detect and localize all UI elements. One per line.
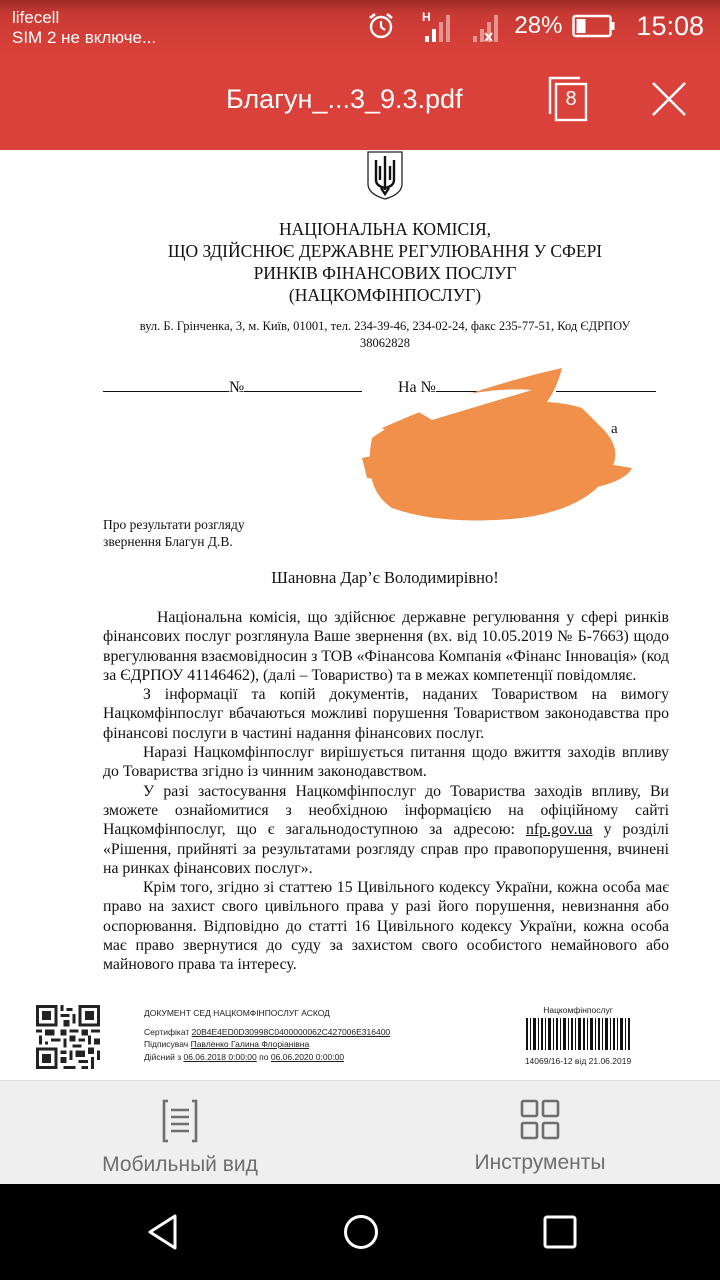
barcode-title: Нацкомфінпослуг (508, 1005, 648, 1015)
letter-body: Національна комісія, що здійснює державн… (103, 608, 669, 975)
carrier-name: lifecell (12, 8, 156, 28)
qr-code-icon (36, 1005, 100, 1069)
mobile-view-icon (161, 1099, 199, 1143)
app-bar: Благун_...3_9.3.pdf 8 (0, 54, 720, 150)
valid-to-label: по (259, 1052, 268, 1062)
certificate-value: 20B4E4ED0D30998C0400000062C427006E316400 (192, 1027, 391, 1037)
back-button[interactable] (144, 1212, 184, 1252)
signer-value: Павленко Галина Флоріанівна (191, 1039, 310, 1049)
organization-name: НАЦІОНАЛЬНА КОМІСІЯ, ЩО ЗДІЙСНЮЄ ДЕРЖАВН… (0, 218, 720, 306)
battery-icon (572, 14, 616, 38)
navigation-bar (0, 1184, 720, 1280)
recents-square-icon (540, 1212, 580, 1252)
nfp-website-link[interactable]: nfp.gov.ua (526, 821, 593, 838)
status-icons: H 28% 15:08 (366, 8, 704, 44)
signer-label: Підписувач (144, 1039, 188, 1049)
number-label: № (229, 379, 244, 396)
barcode-icon (526, 1018, 630, 1050)
tools-grid-icon (520, 1099, 560, 1141)
page-count: 8 (556, 88, 586, 111)
paragraph: У разі застосування Нацкомфінпослуг до Т… (103, 782, 669, 878)
home-circle-icon (341, 1212, 381, 1252)
mobile-view-label: Мобильный вид (102, 1153, 258, 1176)
carrier-info: lifecell SIM 2 не включе... (12, 8, 156, 48)
edrpou-code: 38062828 (0, 335, 720, 352)
registration-number: 14069/16-12 від 21.06.2019 (508, 1056, 648, 1066)
redaction-scribble (352, 368, 642, 528)
valid-from: 06.06.2018 0:00:00 (183, 1052, 256, 1062)
org-line: РИНКІВ ФІНАНСОВИХ ПОСЛУГ (0, 262, 720, 284)
signal-no-service-icon (470, 9, 504, 43)
paragraph: Наразі Нацкомфінпослуг вирішується питан… (103, 743, 669, 782)
top-header: lifecell SIM 2 не включе... H (0, 0, 720, 150)
outgoing-number-field: № (103, 376, 362, 397)
bottom-toolbar: Мобильный вид Инструменты (0, 1080, 720, 1184)
back-triangle-icon (144, 1212, 184, 1252)
status-bar: lifecell SIM 2 не включе... H (0, 0, 720, 54)
mobile-view-button[interactable]: Мобильный вид (80, 1081, 280, 1185)
signal-icon: H (422, 9, 460, 43)
alarm-icon (366, 11, 396, 41)
signature-info: ДОКУМЕНТ СЕД НАЦКОМФІНПОСЛУГ АСКОД Серти… (144, 1007, 390, 1063)
subject: Про результати розгляду звернення Благун… (103, 516, 245, 550)
file-title: Благун_...3_9.3.pdf (226, 84, 463, 115)
svg-text:H: H (422, 10, 431, 24)
certificate-label: Сертифікат (144, 1027, 189, 1037)
sim2-status: SIM 2 не включе... (12, 28, 156, 48)
e-signature-stamp: ДОКУМЕНТ СЕД НАЦКОМФІНПОСЛУГ АСКОД Серти… (36, 1003, 676, 1075)
address-line: вул. Б. Грінченка, 3, м. Київ, 01001, те… (0, 318, 720, 335)
pdf-page[interactable]: НАЦІОНАЛЬНА КОМІСІЯ, ЩО ЗДІЙСНЮЄ ДЕРЖАВН… (0, 150, 720, 1080)
paragraph: З інформації та копій документів, надани… (103, 685, 669, 743)
registration-barcode: Нацкомфінпослуг 14069/16-12 від 21.06.20… (508, 1005, 648, 1066)
close-button[interactable] (646, 76, 692, 122)
paragraph: Національна комісія, що здійснює державн… (103, 608, 669, 685)
subject-line: звернення Благун Д.В. (103, 533, 245, 550)
battery-percent: 28% (514, 12, 562, 40)
recents-button[interactable] (540, 1212, 580, 1252)
org-line: ЩО ЗДІЙСНЮЄ ДЕРЖАВНЕ РЕГУЛЮВАННЯ У СФЕРІ (0, 240, 720, 262)
greeting: Шановна Дар’є Володимирівно! (0, 568, 720, 588)
valid-to: 06.06.2020 0:00:00 (271, 1052, 344, 1062)
org-line: (НАЦКОМФІНПОСЛУГ) (0, 284, 720, 306)
tools-label: Инструменты (475, 1151, 606, 1174)
page-count-button[interactable]: 8 (546, 74, 592, 124)
organization-address: вул. Б. Грінченка, 3, м. Київ, 01001, те… (0, 318, 720, 352)
subject-line: Про результати розгляду (103, 516, 245, 533)
coat-of-arms-icon (364, 150, 406, 200)
stamp-header: ДОКУМЕНТ СЕД НАЦКОМФІНПОСЛУГ АСКОД (144, 1007, 390, 1020)
org-line: НАЦІОНАЛЬНА КОМІСІЯ, (0, 218, 720, 240)
clock: 15:08 (636, 11, 704, 42)
paragraph: Крім того, згідно зі статтею 15 Цивільно… (103, 878, 669, 974)
tools-button[interactable]: Инструменты (440, 1081, 640, 1185)
valid-from-label: Дійсний з (144, 1052, 181, 1062)
close-icon (646, 76, 692, 122)
home-button[interactable] (341, 1212, 381, 1252)
